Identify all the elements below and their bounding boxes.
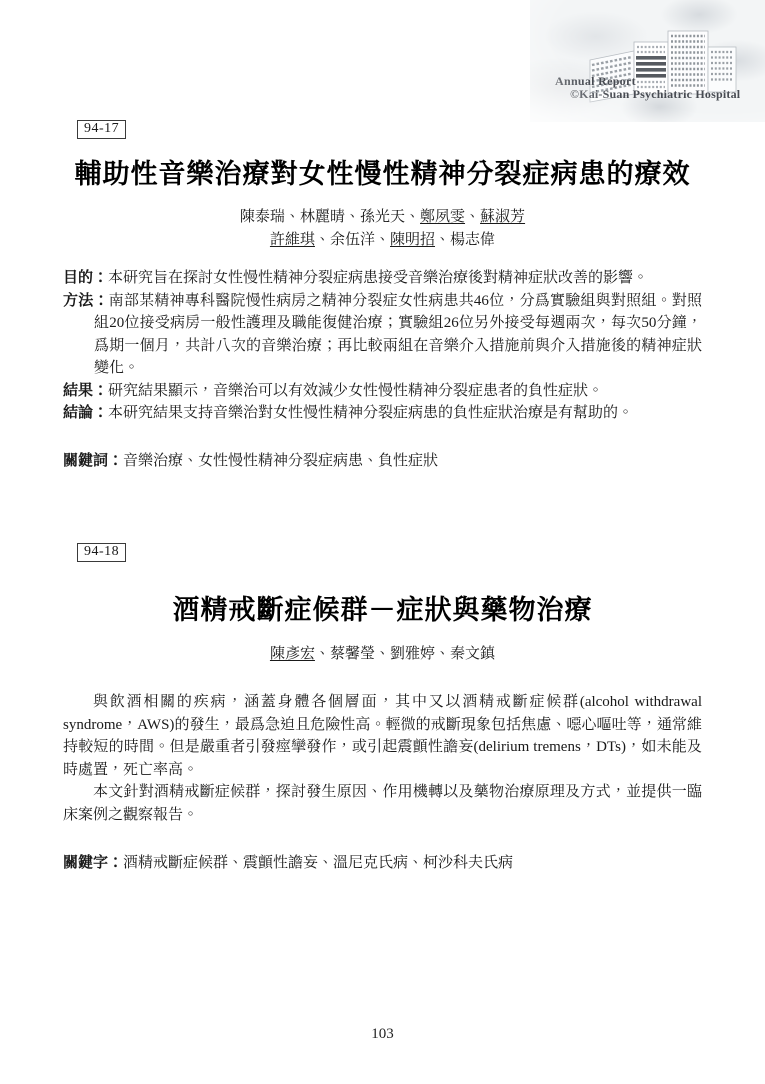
keywords-line: 關鍵字：酒精戒斷症候群、震顫性譫妄、溫尼克氏病、柯沙科夫氏病 [63, 852, 702, 875]
hospital-name-label: ©Kai-Suan Psychiatric Hospital [570, 87, 740, 102]
author-line: 許維琪、余伍洋、陳明招、楊志偉 [63, 229, 702, 252]
article-title: 輔助性音樂治療對女性慢性精神分裂症病患的療效 [63, 158, 702, 191]
page-number: 103 [0, 1026, 765, 1043]
article-title: 酒精戒斷症候群－症狀與藥物治療 [63, 594, 702, 627]
section-text: 南部某精神專科醫院慢性病房之精神分裂症女性病患共46位，分爲實驗組與對照組。對照… [94, 293, 702, 377]
author-name: 余伍洋 [330, 232, 375, 248]
keywords-label: 關鍵字： [63, 855, 123, 871]
author-name: 秦文鎮 [450, 646, 495, 662]
author-name: 鄭夙雯 [420, 209, 465, 225]
abstract-section-methods: 方法：南部某精神專科醫院慢性病房之精神分裂症女性病患共46位，分爲實驗組與對照組… [63, 290, 702, 380]
abstract-block: 目的：本研究旨在探討女性慢性精神分裂症病患接受音樂治療後對精神症狀改善的影響。 … [63, 267, 702, 425]
author-name: 林麗晴 [300, 209, 345, 225]
abstract-paragraph: 本文針對酒精戒斷症候群，探討發生原因、作用機轉以及藥物治療原理及方式，並提供一臨… [63, 781, 702, 826]
section-text: 研究結果顯示，音樂治可以有效減少女性慢性精神分裂症患者的負性症狀。 [108, 383, 603, 399]
report-page: Annual Report ©Kai-Suan Psychiatric Hosp… [0, 0, 765, 1084]
keywords-line: 關鍵詞：音樂治療、女性慢性精神分裂症病患、負性症狀 [63, 450, 702, 473]
article-number-box: 94-18 [77, 543, 126, 562]
header-artwork: Annual Report ©Kai-Suan Psychiatric Hosp… [530, 0, 765, 122]
abstract-block: 與飲酒相關的疾病，涵蓋身體各個層面，其中又以酒精戒斷症候群(alcohol wi… [63, 691, 702, 826]
keywords-text: 音樂治療、女性慢性精神分裂症病患、負性症狀 [123, 453, 438, 469]
keywords-text: 酒精戒斷症候群、震顫性譫妄、溫尼克氏病、柯沙科夫氏病 [123, 855, 513, 871]
section-label: 方法： [63, 293, 109, 309]
author-line: 陳泰瑞、林麗晴、孫光天、鄭夙雯、蘇淑芳 [63, 206, 702, 229]
abstract-section-purpose: 目的：本研究旨在探討女性慢性精神分裂症病患接受音樂治療後對精神症狀改善的影響。 [63, 267, 702, 290]
author-name: 許維琪 [270, 232, 315, 248]
author-block: 陳泰瑞、林麗晴、孫光天、鄭夙雯、蘇淑芳 許維琪、余伍洋、陳明招、楊志偉 [63, 206, 702, 252]
author-name: 陳泰瑞 [240, 209, 285, 225]
author-name: 蘇淑芳 [480, 209, 525, 225]
keywords-label: 關鍵詞： [63, 453, 123, 469]
author-name: 孫光天 [360, 209, 405, 225]
author-block: 陳彥宏、蔡馨瑩、劉雅婷、秦文鎮 [63, 643, 702, 666]
author-line: 陳彥宏、蔡馨瑩、劉雅婷、秦文鎮 [63, 643, 702, 666]
header-text: Annual Report ©Kai-Suan Psychiatric Hosp… [530, 0, 765, 122]
section-label: 結果： [63, 383, 108, 399]
section-text: 本研究結果支持音樂治對女性慢性精神分裂症病患的負性症狀治療是有幫助的。 [108, 405, 633, 421]
section-text: 本研究旨在探討女性慢性精神分裂症病患接受音樂治療後對精神症狀改善的影響。 [108, 270, 648, 286]
article-number-box: 94-17 [77, 120, 126, 139]
author-name: 蔡馨瑩 [330, 646, 375, 662]
author-name: 陳彥宏 [270, 646, 315, 662]
author-name: 楊志偉 [450, 232, 495, 248]
author-name: 劉雅婷 [390, 646, 435, 662]
author-name: 陳明招 [390, 232, 435, 248]
section-label: 結論： [63, 405, 108, 421]
abstract-paragraph: 與飲酒相關的疾病，涵蓋身體各個層面，其中又以酒精戒斷症候群(alcohol wi… [63, 691, 702, 781]
abstract-section-conclusion: 結論：本研究結果支持音樂治對女性慢性精神分裂症病患的負性症狀治療是有幫助的。 [63, 402, 702, 425]
abstract-section-results: 結果：研究結果顯示，音樂治可以有效減少女性慢性精神分裂症患者的負性症狀。 [63, 380, 702, 403]
section-label: 目的： [63, 270, 108, 286]
